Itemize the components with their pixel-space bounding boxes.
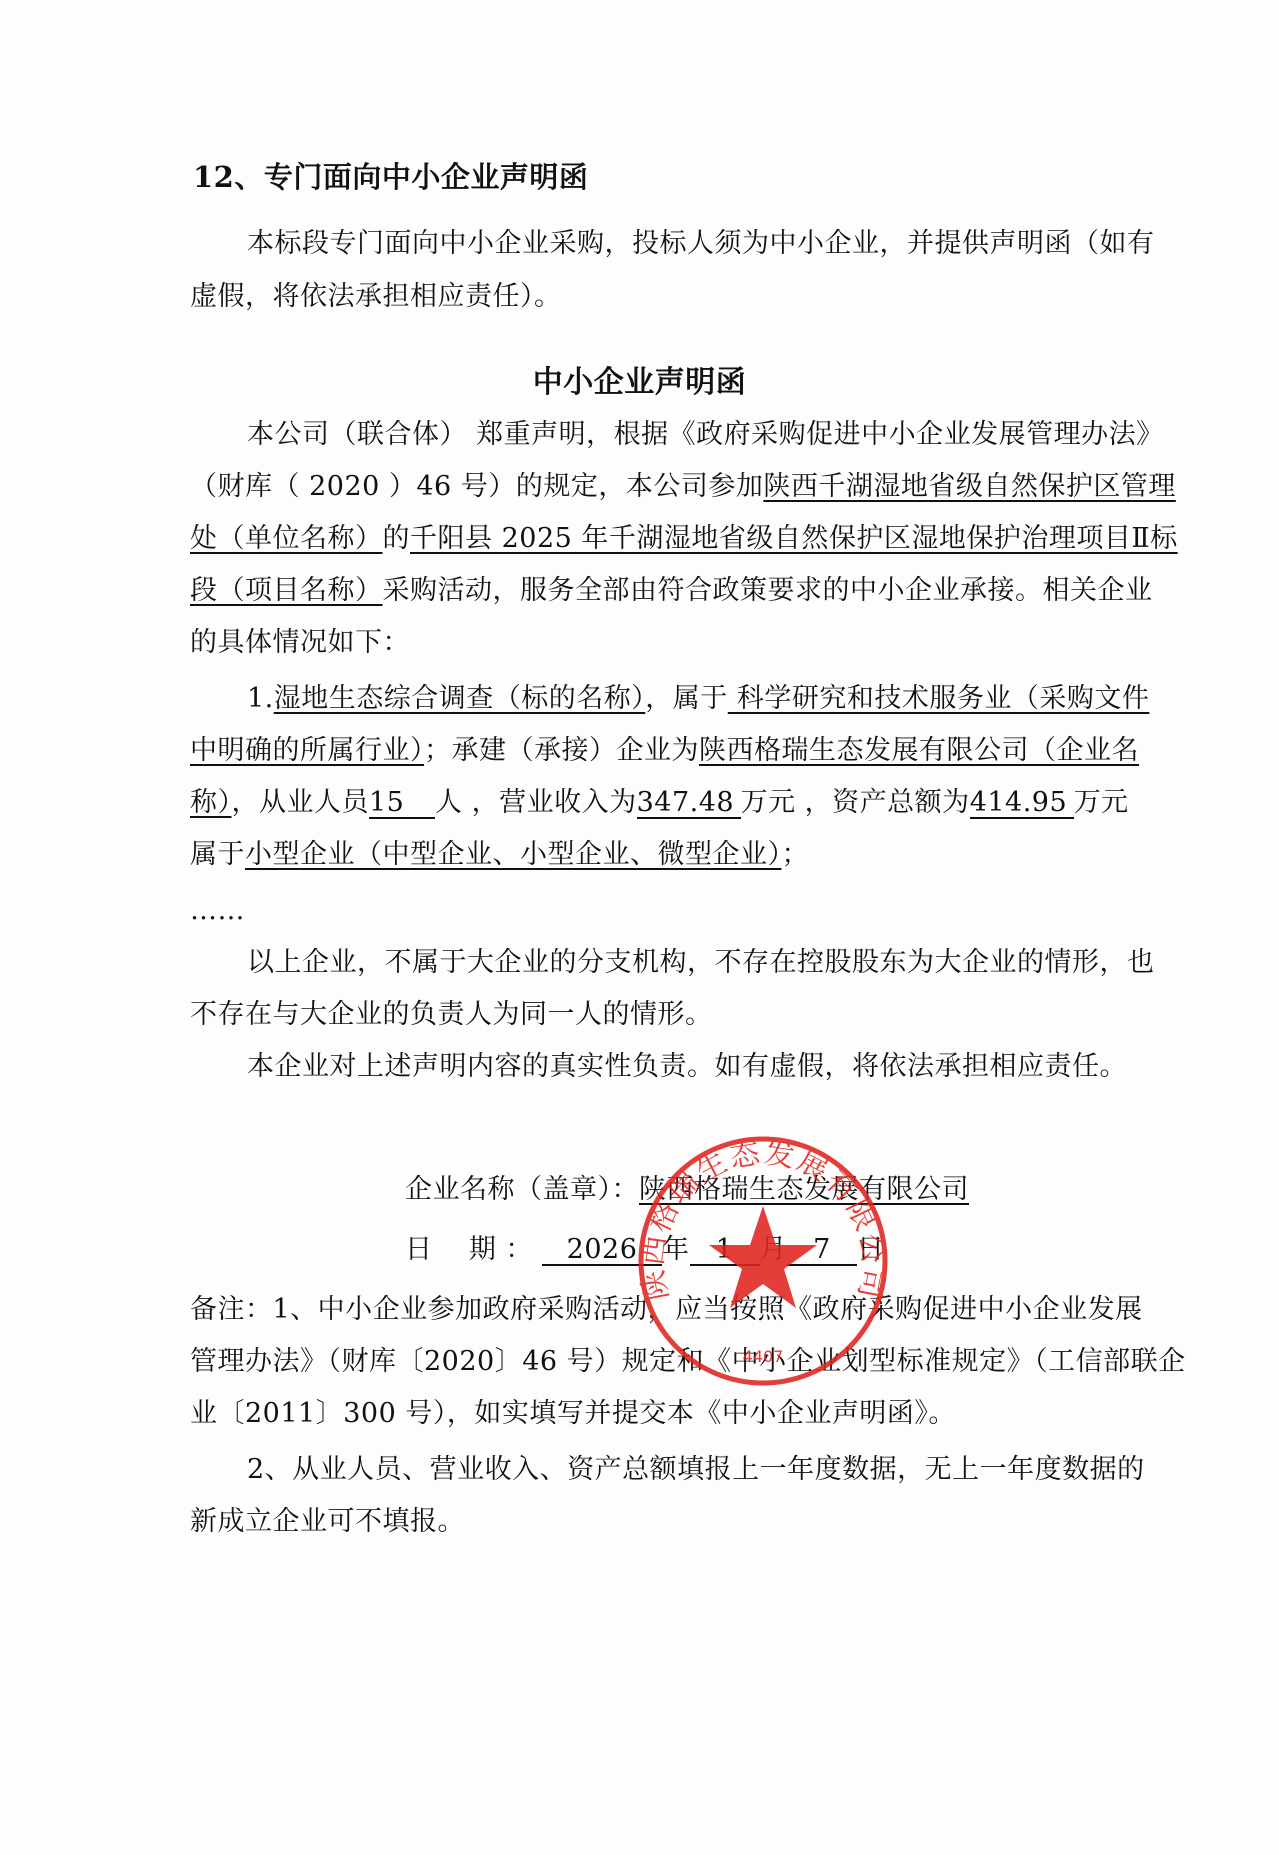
seal-ring-text: 陕西格瑞生态发展有限公司 — [635, 1136, 891, 1304]
statement-line-3: 本企业对上述声明内容的真实性负责。如有虚假，将依法承担相应责任。 — [247, 1050, 1100, 1084]
signature-company-name: 陕西格瑞生态发展有限公司 — [639, 1174, 969, 1205]
section-heading: 12、专门面向中小企业声明函 — [193, 160, 1103, 194]
day-unit: 日 — [857, 1234, 885, 1265]
revenue-value: 347.48 — [637, 789, 741, 819]
item1-line-4: 属于小型企业（中型企业、小型企业、微型企业）； — [190, 838, 1100, 872]
svg-text:陕西格瑞生态发展有限公司: 陕西格瑞生态发展有限公司 — [635, 1136, 891, 1304]
industry-name-cont: 中明确的所属行业） — [190, 735, 424, 766]
item1-line-2: 中明确的所属行业）；承建（承接）企业为陕西格瑞生态发展有限公司（企业名 — [190, 734, 1100, 768]
signature-company-line: 企业名称（盖章）：陕西格瑞生态发展有限公司 — [405, 1173, 1005, 1207]
date-label: 日 期 ： — [405, 1234, 533, 1265]
declaration-line-1: 本公司（联合体） 郑重声明，根据《政府采购促进中小企业发展管理办法》 — [247, 418, 1100, 452]
declaration-line-3: 处（单位名称）的千阳县 2025 年千湖湿地省级自然保护区湿地保护治理项目Ⅱ标 — [190, 522, 1100, 556]
year-unit: 年 — [662, 1234, 690, 1265]
notes-line-5: 新成立企业可不填报。 — [190, 1505, 1100, 1539]
enterprise-size: 小型企业（中型企业、小型企业、微型企业） — [245, 839, 782, 870]
ellipsis: …… — [190, 894, 1100, 928]
declaration-line-5: 的具体情况如下： — [190, 626, 1100, 660]
project-name-cont: 段（项目名称） — [190, 575, 383, 606]
company-name: 陕西格瑞生态发展有限公司（企业名 — [699, 735, 1139, 766]
revenue-label: 人 ，营业收入为 — [435, 787, 637, 818]
subject-name: 湿地生态综合调查（标的名称） — [274, 683, 646, 714]
company-label: 企业名称（盖章）： — [405, 1174, 639, 1205]
signature-date-line: 日 期 ： 2026年1月7日 — [405, 1233, 1005, 1267]
purchaser-name-cont: 处（单位名称） — [190, 523, 383, 554]
connector-text: 的 — [383, 523, 411, 554]
employees-label: ，从业人员 — [232, 787, 370, 818]
size-end: ； — [782, 839, 810, 870]
declaration-suffix: 采购活动，服务全部由符合政策要求的中小企业承接。相关企业 — [383, 575, 1153, 606]
declaration-prefix: （财库（ 2020 ）46 号）的规定，本公司参加 — [190, 471, 763, 502]
assets-value: 414.95 — [970, 789, 1074, 819]
declaration-line-4: 段（项目名称）采购活动，服务全部由符合政策要求的中小企业承接。相关企业 — [190, 574, 1100, 608]
employees-value: 15 — [369, 789, 435, 819]
notes-line-2: 管理办法》（财库〔2020〕46 号）规定和《中小企业划型标准规定》（工信部联企 — [190, 1345, 1100, 1379]
notes-line-4: 2、从业人员、营业收入、资产总额填报上一年度数据，无上一年度数据的 — [247, 1453, 1100, 1487]
document-page: 12、专门面向中小企业声明函 本标段专门面向中小企业采购，投标人须为中小企业，并… — [0, 0, 1279, 1855]
belongs-label: ，属于 — [645, 683, 728, 714]
assets-label: 万元 ，资产总额为 — [741, 787, 970, 818]
size-label: 属于 — [190, 839, 245, 870]
contractor-label: ；承建（承接）企业为 — [424, 735, 699, 766]
statement-line-2: 不存在与大企业的负责人为同一人的情形。 — [190, 998, 1100, 1032]
intro-line-2: 虚假，将依法承担相应责任）。 — [190, 280, 1100, 314]
notes-line-3: 业〔2011〕300 号），如实填写并提交本《中小企业声明函》。 — [190, 1397, 1100, 1431]
date-month: 1 — [690, 1236, 760, 1266]
company-name-cont: 称） — [190, 787, 232, 818]
purchaser-name: 陕西千湖湿地省级自然保护区管理 — [763, 471, 1176, 502]
industry-name: 科学研究和技术服务业（采购文件 — [728, 683, 1150, 714]
declaration-line-2: （财库（ 2020 ）46 号）的规定，本公司参加陕西千湖湿地省级自然保护区管理 — [190, 470, 1100, 504]
intro-line-1: 本标段专门面向中小企业采购，投标人须为中小企业，并提供声明函（如有 — [247, 227, 1100, 261]
month-unit: 月 — [760, 1234, 788, 1265]
notes-line-1: 备注：1、中小企业参加政府采购活动，应当按照《政府采购促进中小企业发展 — [190, 1293, 1100, 1327]
item-number: 1. — [247, 683, 274, 714]
form-title: 中小企业声明函 — [0, 366, 1279, 400]
date-year: 2026 — [542, 1236, 662, 1266]
project-name: 千阳县 2025 年千湖湿地省级自然保护区湿地保护治理项目Ⅱ标 — [410, 523, 1178, 554]
statement-line-1: 以上企业，不属于大企业的分支机构，不存在控股股东为大企业的情形，也 — [247, 946, 1100, 980]
date-day: 7 — [787, 1236, 857, 1266]
item1-line-1: 1.湿地生态综合调查（标的名称），属于 科学研究和技术服务业（采购文件 — [247, 682, 1100, 716]
assets-unit: 万元 — [1074, 787, 1129, 818]
item1-line-3: 称），从业人员15人 ，营业收入为347.48万元 ，资产总额为414.95万元 — [190, 786, 1100, 820]
